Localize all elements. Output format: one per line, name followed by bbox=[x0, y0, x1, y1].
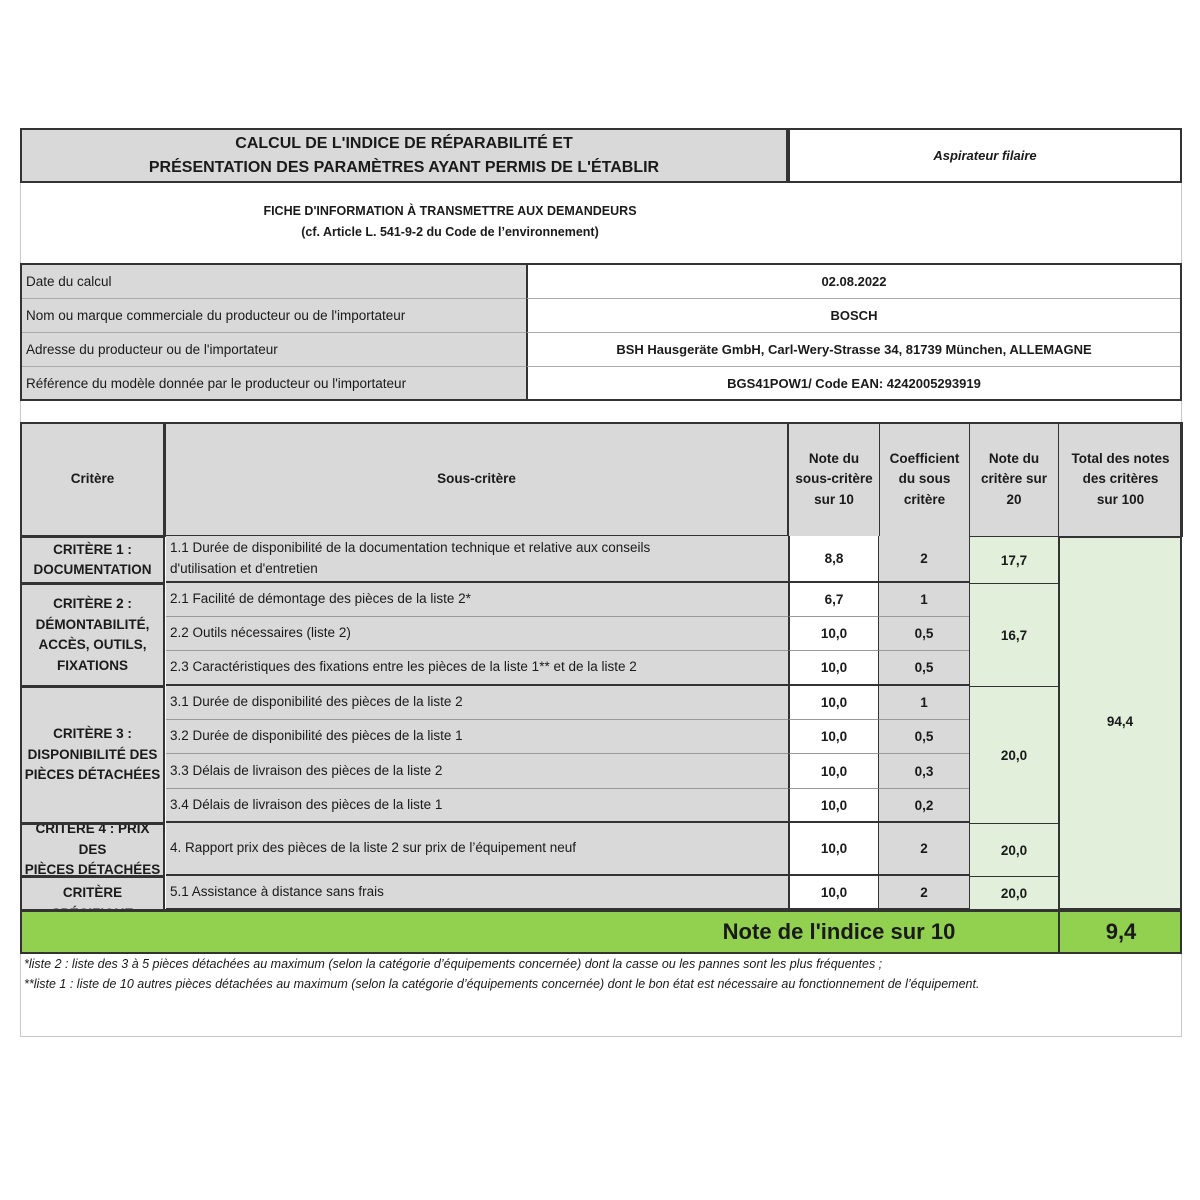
text-line: 1.1 Durée de disponibilité de la documen… bbox=[170, 538, 650, 559]
text-line: critère sur bbox=[981, 469, 1047, 490]
text-line: sous-critère bbox=[795, 469, 872, 490]
info-label: Nom ou marque commerciale du producteur … bbox=[22, 299, 526, 333]
criterion-5-note: 20,0 bbox=[969, 876, 1059, 911]
text-line: des critères bbox=[1071, 469, 1169, 490]
footnote-liste-2: *liste 2 : liste des 3 à 5 pièces détach… bbox=[24, 957, 882, 971]
criterion-4-note: 20,0 bbox=[969, 823, 1059, 877]
total-sur-100: 94,4 bbox=[1058, 536, 1182, 910]
index-label: Note de l'indice sur 10 bbox=[620, 910, 1058, 954]
sub-criterion-coefficient: 1 bbox=[879, 686, 969, 720]
criterion-3-note: 20,0 bbox=[969, 686, 1059, 824]
header-sous-critere: Sous-critère bbox=[164, 422, 789, 537]
sub-criterion-note: 6,7 bbox=[788, 583, 879, 617]
header-total: Total des notesdes critèressur 100 bbox=[1058, 422, 1183, 537]
sub-criterion-note: 10,0 bbox=[788, 651, 879, 686]
criterion-1-note: 17,7 bbox=[969, 536, 1059, 584]
sub-criterion-coefficient: 0,3 bbox=[879, 754, 969, 789]
criterion-3-label: CRITÈRE 3 :DISPONIBILITÉ DESPIÈCES DÉTAC… bbox=[20, 686, 165, 824]
sub-criterion-coefficient: 0,5 bbox=[879, 651, 969, 686]
document-title: CALCUL DE L'INDICE DE RÉPARABILITÉ ET PR… bbox=[20, 128, 788, 183]
text-line: Note du bbox=[981, 449, 1047, 470]
sub-criterion-coefficient: 0,5 bbox=[879, 720, 969, 754]
text-line: 3.1 Durée de disponibilité des pièces de… bbox=[170, 692, 463, 713]
sub-criterion-note: 10,0 bbox=[788, 720, 879, 754]
text-line: PIÈCES DÉTACHÉES bbox=[25, 765, 161, 786]
text-line: 3.3 Délais de livraison des pièces de la… bbox=[170, 761, 442, 782]
text-line: 2.2 Outils nécessaires (liste 2) bbox=[170, 623, 351, 644]
sub-criterion-label: 2.3 Caractéristiques des fixations entre… bbox=[166, 651, 788, 686]
sub-criterion-note: 10,0 bbox=[788, 823, 879, 876]
sub-criterion-note: 8,8 bbox=[788, 536, 879, 583]
text-line: DÉMONTABILITÉ, bbox=[36, 615, 150, 636]
info-value: 02.08.2022 bbox=[526, 265, 1180, 299]
criterion-1-label: CRITÈRE 1 :DOCUMENTATION bbox=[20, 536, 165, 584]
text-line: Total des notes bbox=[1071, 449, 1169, 470]
sub-criterion-coefficient: 2 bbox=[879, 823, 969, 876]
text-line: d'utilisation et d'entretien bbox=[170, 559, 650, 580]
text-line: PIÈCES DÉTACHÉES bbox=[22, 860, 163, 877]
sub-criterion-coefficient: 1 bbox=[879, 583, 969, 617]
text-line: du sous bbox=[890, 469, 960, 490]
text-line: FIXATIONS bbox=[36, 656, 150, 677]
text-line: Note du bbox=[795, 449, 872, 470]
product-type: Aspirateur filaire bbox=[788, 128, 1182, 183]
header-coef: Coefficientdu souscritère bbox=[879, 422, 970, 537]
text-line: sur 10 bbox=[795, 490, 872, 511]
info-label: Référence du modèle donnée par le produc… bbox=[22, 367, 526, 399]
sub-criterion-note: 10,0 bbox=[788, 617, 879, 651]
sub-criterion-label: 3.1 Durée de disponibilité des pièces de… bbox=[166, 686, 788, 720]
sub-criterion-note: 10,0 bbox=[788, 876, 879, 910]
info-label: Adresse du producteur ou de l'importateu… bbox=[22, 333, 526, 367]
info-value: BOSCH bbox=[526, 299, 1180, 333]
sub-criterion-coefficient: 2 bbox=[879, 876, 969, 910]
text-line: critère bbox=[890, 490, 960, 511]
footnote-liste-1: **liste 1 : liste de 10 autres pièces dé… bbox=[24, 977, 979, 991]
text-line: 3.4 Délais de livraison des pièces de la… bbox=[170, 795, 442, 816]
sub-criterion-label: 3.2 Durée de disponibilité des pièces de… bbox=[166, 720, 788, 754]
criterion-2-note: 16,7 bbox=[969, 583, 1059, 687]
info-value: BGS41POW1/ Code EAN: 4242005293919 bbox=[526, 367, 1180, 399]
fiche-line-1: FICHE D'INFORMATION À TRANSMETTRE AUX DE… bbox=[263, 201, 636, 222]
text-line: DISPONIBILITÉ DES bbox=[25, 745, 161, 766]
sub-criterion-note: 10,0 bbox=[788, 754, 879, 789]
header-critere: Critère bbox=[20, 422, 165, 537]
text-line: CRITÈRE 1 : bbox=[34, 540, 152, 561]
index-value: 9,4 bbox=[1058, 910, 1182, 954]
text-line: 2.3 Caractéristiques des fixations entre… bbox=[170, 657, 637, 678]
criterion-4-label: CRITÈRE 4 : PRIX DESPIÈCES DÉTACHÉES bbox=[20, 823, 165, 877]
text-line: CRITÈRE 4 : PRIX DES bbox=[22, 823, 163, 860]
sub-criterion-label: 2.2 Outils nécessaires (liste 2) bbox=[166, 617, 788, 651]
criterion-5-label: CRITÈRE 5 : CRITÈRESPÉCIFIQUE bbox=[20, 876, 165, 911]
sub-criterion-label: 3.4 Délais de livraison des pièces de la… bbox=[166, 789, 788, 823]
sub-criterion-coefficient: 0,5 bbox=[879, 617, 969, 651]
text-line: 4. Rapport prix des pièces de la liste 2… bbox=[170, 838, 576, 859]
header-note-sous: Note dusous-critèresur 10 bbox=[788, 422, 880, 537]
text-line: CRITÈRE 5 : CRITÈRE bbox=[22, 876, 163, 904]
text-line: ACCÈS, OUTILS, bbox=[36, 635, 150, 656]
title-line-1: CALCUL DE L'INDICE DE RÉPARABILITÉ ET bbox=[149, 132, 659, 156]
info-label: Date du calcul bbox=[22, 265, 526, 299]
sub-criterion-coefficient: 2 bbox=[879, 536, 969, 583]
fiche-subtitle: FICHE D'INFORMATION À TRANSMETTRE AUX DE… bbox=[20, 183, 880, 261]
info-value: BSH Hausgeräte GmbH, Carl-Wery-Strasse 3… bbox=[526, 333, 1180, 367]
text-line: sur 100 bbox=[1071, 490, 1169, 511]
sub-criterion-label: 5.1 Assistance à distance sans frais bbox=[166, 876, 788, 910]
text-line: 5.1 Assistance à distance sans frais bbox=[170, 882, 384, 903]
header-note-critere: Note ducritère sur20 bbox=[969, 422, 1059, 537]
sub-criterion-label: 1.1 Durée de disponibilité de la documen… bbox=[166, 536, 788, 583]
text-line: 2.1 Facilité de démontage des pièces de … bbox=[170, 589, 471, 610]
text-line: Coefficient bbox=[890, 449, 960, 470]
criterion-2-label: CRITÈRE 2 :DÉMONTABILITÉ,ACCÈS, OUTILS,F… bbox=[20, 583, 165, 687]
sub-criterion-coefficient: 0,2 bbox=[879, 789, 969, 823]
sub-criterion-note: 10,0 bbox=[788, 789, 879, 823]
text-line: CRITÈRE 2 : bbox=[36, 594, 150, 615]
sub-criterion-note: 10,0 bbox=[788, 686, 879, 720]
text-line: DOCUMENTATION bbox=[34, 560, 152, 581]
title-line-2: PRÉSENTATION DES PARAMÈTRES AYANT PERMIS… bbox=[149, 156, 659, 180]
text-line: 20 bbox=[981, 490, 1047, 511]
fiche-line-2: (cf. Article L. 541-9-2 du Code de l’env… bbox=[263, 222, 636, 243]
text-line: CRITÈRE 3 : bbox=[25, 724, 161, 745]
text-line: 3.2 Durée de disponibilité des pièces de… bbox=[170, 726, 463, 747]
sub-criterion-label: 3.3 Délais de livraison des pièces de la… bbox=[166, 754, 788, 789]
sub-criterion-label: 2.1 Facilité de démontage des pièces de … bbox=[166, 583, 788, 617]
sub-criterion-label: 4. Rapport prix des pièces de la liste 2… bbox=[166, 823, 788, 876]
